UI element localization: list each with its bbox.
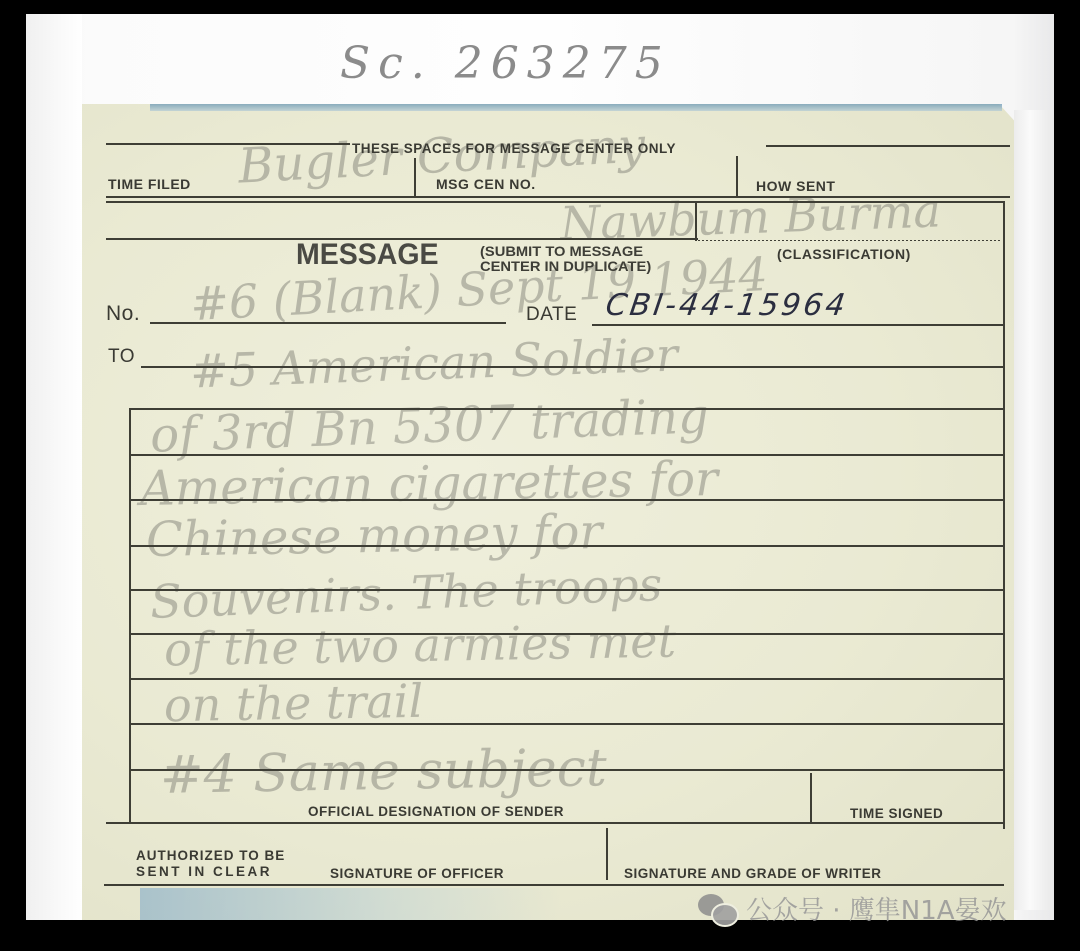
authorized-label-line1: AUTHORIZED TO BE	[136, 848, 285, 863]
pencil-note-line-7: Chinese money for	[146, 504, 603, 568]
authorized-label-line2: SENT IN CLEAR	[136, 864, 272, 879]
msg-cen-no-label: MSG CEN NO.	[436, 176, 536, 192]
header-rule-left	[106, 143, 350, 145]
to-field-rule	[141, 366, 1003, 368]
watermark: 公众号 · 鹰隼N1A晏欢	[698, 890, 1007, 927]
time-filed-label: TIME FILED	[108, 176, 191, 192]
header-bottom-rule-2	[106, 201, 1004, 203]
signature-officer-label: SIGNATURE OF OFFICER	[330, 866, 504, 881]
classification-label: (CLASSIFICATION)	[777, 246, 911, 262]
date-field-value: CBI-44-15964	[604, 288, 851, 323]
message-line-6	[131, 633, 1003, 635]
pencil-note-line-11: #4 Same subject	[160, 738, 608, 806]
date-label: DATE	[526, 304, 577, 326]
signature-bottom-rule	[104, 884, 1004, 886]
signature-section-top-rule	[106, 822, 1004, 824]
pencil-note-line-9: of the two armies met	[164, 614, 677, 677]
message-line-2	[131, 454, 1003, 456]
message-line-5	[131, 589, 1003, 591]
backing-right-edge	[1014, 110, 1054, 910]
signature-divider	[606, 828, 608, 880]
time-signed-label: TIME SIGNED	[850, 806, 943, 821]
form-right-border	[1003, 201, 1005, 829]
classification-box-left	[695, 201, 697, 241]
form-bottom-stain	[140, 888, 560, 920]
penciled-reference-number: Sc. 263275	[340, 38, 671, 89]
message-line-4	[131, 545, 1003, 547]
message-box-left-border	[129, 408, 131, 822]
watermark-text: 公众号 · 鹰隼N1A晏欢	[746, 890, 1007, 927]
backing-left-strip	[26, 14, 82, 920]
number-field-rule	[150, 322, 506, 324]
time-signed-divider	[810, 773, 812, 823]
submit-instruction: (SUBMIT TO MESSAGE CENTER IN DUPLICATE)	[480, 244, 651, 274]
form-top-stain	[150, 104, 1002, 111]
signature-writer-label: SIGNATURE AND GRADE OF WRITER	[624, 866, 882, 881]
wechat-icon	[698, 894, 738, 924]
header-divider-2	[736, 156, 738, 196]
header-rule-right	[766, 145, 1010, 147]
how-sent-label: HOW SENT	[756, 178, 835, 194]
classification-dotted-rule	[698, 240, 1002, 241]
message-line-3	[131, 499, 1003, 501]
header-bottom-rule-1	[106, 196, 1010, 198]
message-center-banner: THESE SPACES FOR MESSAGE CENTER ONLY	[352, 141, 676, 156]
form-title: MESSAGE	[296, 238, 439, 272]
message-line-7	[131, 678, 1003, 680]
official-designation-label: OFFICIAL DESIGNATION OF SENDER	[308, 804, 564, 819]
message-line-8	[131, 723, 1003, 725]
number-label: No.	[106, 302, 140, 326]
message-line-9	[131, 769, 1003, 771]
to-label: TO	[108, 346, 135, 368]
message-line-1	[129, 408, 1003, 410]
header-divider-1	[414, 158, 416, 198]
date-field-rule	[592, 324, 1004, 326]
